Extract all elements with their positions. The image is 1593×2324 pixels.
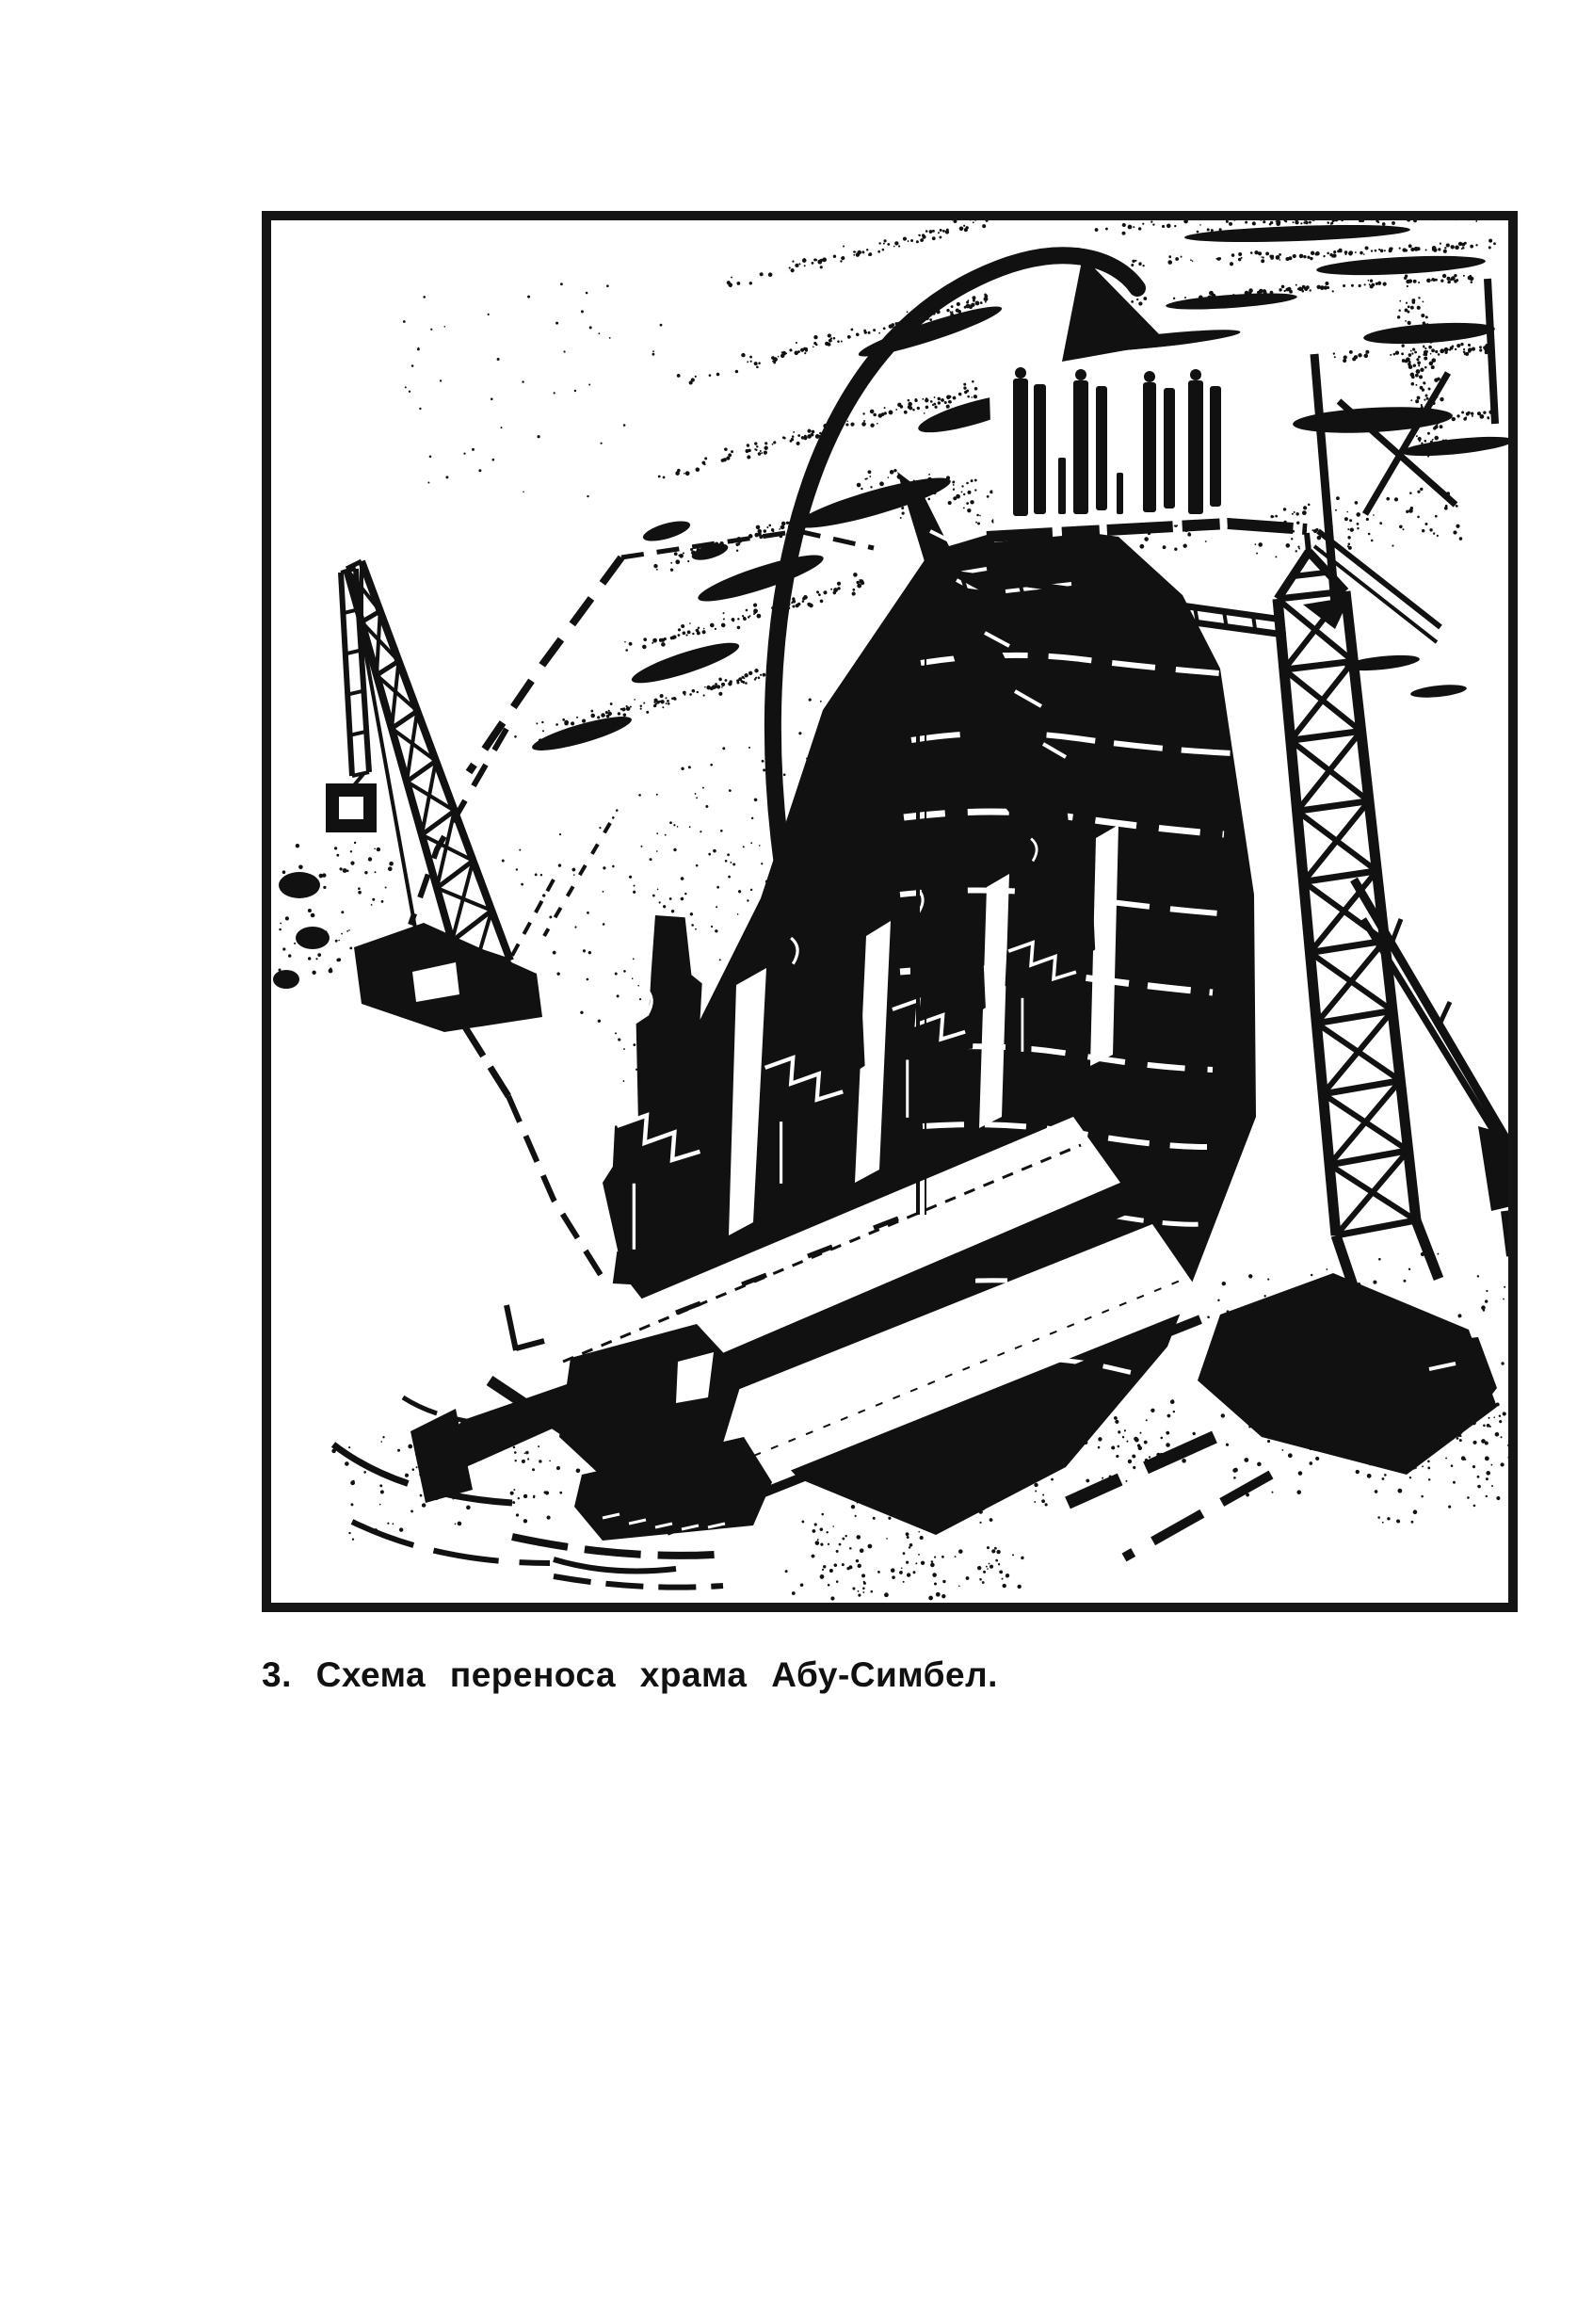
left-crane [273,561,542,1032]
strut-anchor [1478,1126,1508,1211]
figure-frame [262,211,1518,1612]
abu-simbel-relocation-illustration [271,220,1508,1603]
figure-caption: 3. Схема переноса храма Абу-Симбел. [262,1655,1034,1695]
book-page: 3. Схема переноса храма Абу-Симбел. [0,0,1593,2324]
ground-marks [507,1305,544,1350]
